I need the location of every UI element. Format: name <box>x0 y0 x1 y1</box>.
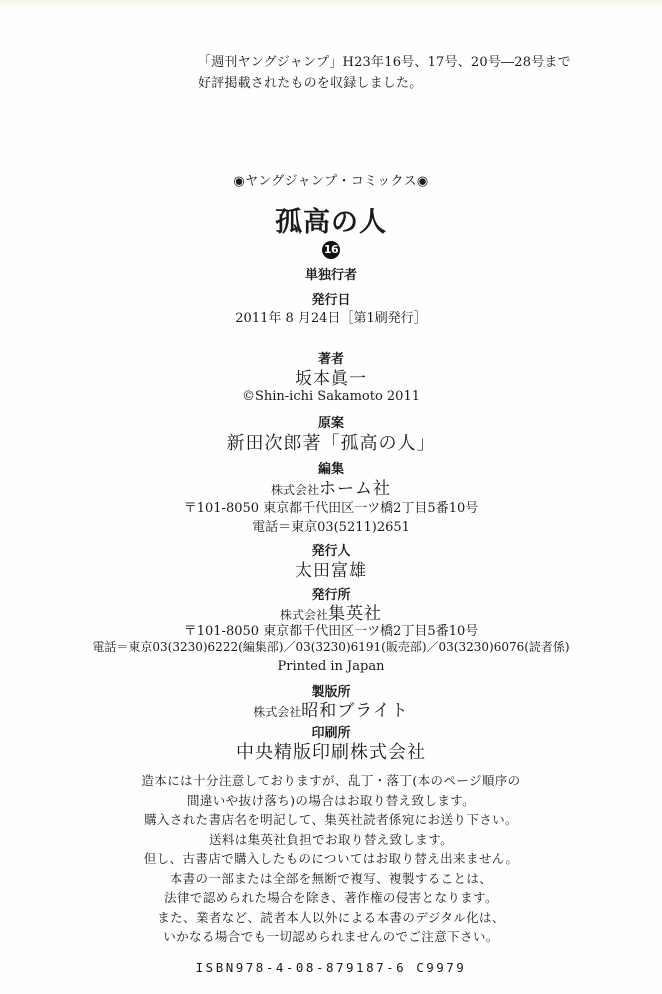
legal-notice-line: また、業者など、読者本人以外による本書のデジタル化は、 <box>0 908 662 928</box>
volume-badge: 16 <box>0 238 662 259</box>
publication-date-value: 2011年 8 月24日［第1刷発行］ <box>0 307 662 326</box>
editing-company-name: ホーム社 <box>319 479 391 499</box>
plate-making-company-name: 昭和ブライト <box>301 701 409 721</box>
editing-address: 〒101-8050 東京都千代田区一ツ橋2丁目5番10号 <box>0 497 662 516</box>
serialization-note-line: 好評掲載されたものを収録しました。 <box>198 73 571 94</box>
plate-making-company-prefix: 株式会社 <box>253 705 301 719</box>
legal-notice-line: 法律で認められた場合を除き、著作権の侵害となります。 <box>0 888 662 908</box>
page-edge-shading <box>0 0 662 8</box>
legal-notice-line: いかなる場合でも一切認められませんのでご注意下さい。 <box>0 927 662 947</box>
printing-value: 中央精版印刷株式会社 <box>0 738 662 764</box>
legal-notice: 造本には十分注意しておりますが、乱丁・落丁(本のページ順序の 間違いや抜け落ち)… <box>0 771 662 947</box>
printed-in: Printed in Japan <box>0 659 662 674</box>
author-name: 坂本眞一 <box>0 364 662 389</box>
isbn-code: ISBN978-4-08-879187-6 C9979 <box>0 960 662 975</box>
serialization-note-line: 「週刊ヤングジャンプ」H23年16号、17号、20号―28号まで <box>198 52 571 73</box>
legal-notice-line: 但し、古書店で購入したものについてはお取り替え出来ません。 <box>0 849 662 869</box>
legal-notice-line: 間違いや抜け落ち)の場合はお取り替え致します。 <box>0 791 662 811</box>
copyright-line: ©Shin-ichi Sakamoto 2011 <box>0 389 662 404</box>
plate-making-company: 株式会社昭和ブライト <box>0 696 662 721</box>
editing-phone: 電話＝東京03(5211)2651 <box>0 516 662 535</box>
publisher-address: 〒101-8050 東京都千代田区一ツ橋2丁目5番10号 <box>0 620 662 639</box>
editing-company: 株式会社ホーム社 <box>0 474 662 499</box>
serialization-note: 「週刊ヤングジャンプ」H23年16号、17号、20号―28号まで 好評掲載された… <box>198 52 571 94</box>
legal-notice-line: 購入された書店名を明記して、集英社読者係宛にお送り下さい。 <box>0 810 662 830</box>
legal-notice-line: 造本には十分注意しておりますが、乱丁・落丁(本のページ順序の <box>0 771 662 791</box>
publisher-person-name: 太田富雄 <box>0 556 662 581</box>
edition-type: 単独行者 <box>0 264 662 283</box>
publisher-phone: 電話＝東京03(3230)6222(編集部)／03(3230)6191(販売部)… <box>0 638 662 655</box>
publication-date-label: 発行日 <box>0 289 662 308</box>
legal-notice-line: 送料は集英社負担でお取り替え致します。 <box>0 830 662 850</box>
volume-number: 16 <box>322 241 340 259</box>
legal-notice-line: 本書の一部または全部を無断で複写、複製することは、 <box>0 869 662 889</box>
series-name: ◉ヤングジャンプ・コミックス◉ <box>0 170 662 189</box>
book-title: 孤高の人 <box>0 200 662 239</box>
original-work-value: 新田次郎著「孤高の人」 <box>0 429 662 455</box>
editing-company-prefix: 株式会社 <box>271 483 319 497</box>
